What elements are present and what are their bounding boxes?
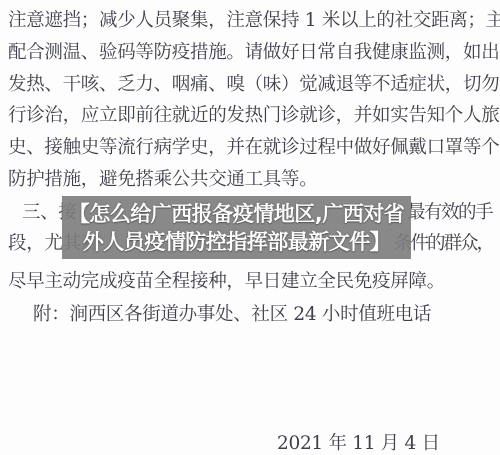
document-date: 2021 年 11 月 4 日 bbox=[277, 429, 440, 455]
line-text: 尽早主动完成疫苗全程接种，早日建立全民免疫屏障。 bbox=[8, 267, 445, 293]
document-line: 防护措施，避免搭乘公共交通工具等。 bbox=[8, 165, 494, 189]
document-line: 行诊治，应立即前往就近的发热门诊就诊，并如实告知个人旅居 bbox=[8, 101, 494, 125]
line-text: 行诊治，应立即前往就近的发热门诊就诊，并如实告知个人旅居 bbox=[8, 101, 500, 127]
line-text: 史、接触史等流行病学史，并在就诊过程中做好佩戴口罩等个人 bbox=[8, 133, 500, 159]
document-line: 注意遮挡；减少人员聚集，注意保持 1 米以上的社交距离；主动 bbox=[8, 6, 494, 30]
line-text: 附：涧西区各街道办事处、社区 24 小时值班电话 bbox=[33, 300, 431, 326]
caption-overlay: 【怎么给广西报备疫情地区,广西对省 外人员疫情防控指挥部最新文件】 bbox=[62, 196, 411, 259]
document-line: 尽早主动完成疫苗全程接种，早日建立全民免疫屏障。 bbox=[8, 267, 494, 291]
caption-line-1: 【怎么给广西报备疫情地区,广西对省 bbox=[69, 200, 404, 228]
document-line: 发热、干咳、乏力、咽痛、嗅（味）觉减退等不适症状，切勿自 bbox=[8, 70, 494, 94]
document-page: 注意遮挡；减少人员聚集，注意保持 1 米以上的社交距离；主动 配合测温、验码等防… bbox=[0, 0, 500, 455]
document-line: 配合测温、验码等防疫措施。请做好日常自我健康监测，如出现 bbox=[8, 38, 494, 62]
line-text: 配合测温、验码等防疫措施。请做好日常自我健康监测，如出现 bbox=[8, 38, 500, 64]
line-text: 防护措施，避免搭乘公共交通工具等。 bbox=[8, 165, 317, 191]
document-line: 史、接触史等流行病学史，并在就诊过程中做好佩戴口罩等个人 bbox=[8, 133, 494, 157]
document-line: 附：涧西区各街道办事处、社区 24 小时值班电话 bbox=[33, 300, 494, 324]
caption-line-2: 外人员疫情防控指挥部最新文件】 bbox=[83, 228, 391, 256]
line-text: 发热、干咳、乏力、咽痛、嗅（味）觉减退等不适症状，切勿自 bbox=[8, 70, 500, 96]
line-text: 注意遮挡；减少人员聚集，注意保持 1 米以上的社交距离；主动 bbox=[8, 6, 500, 32]
line-text-right: 最有效的手 bbox=[407, 198, 492, 224]
